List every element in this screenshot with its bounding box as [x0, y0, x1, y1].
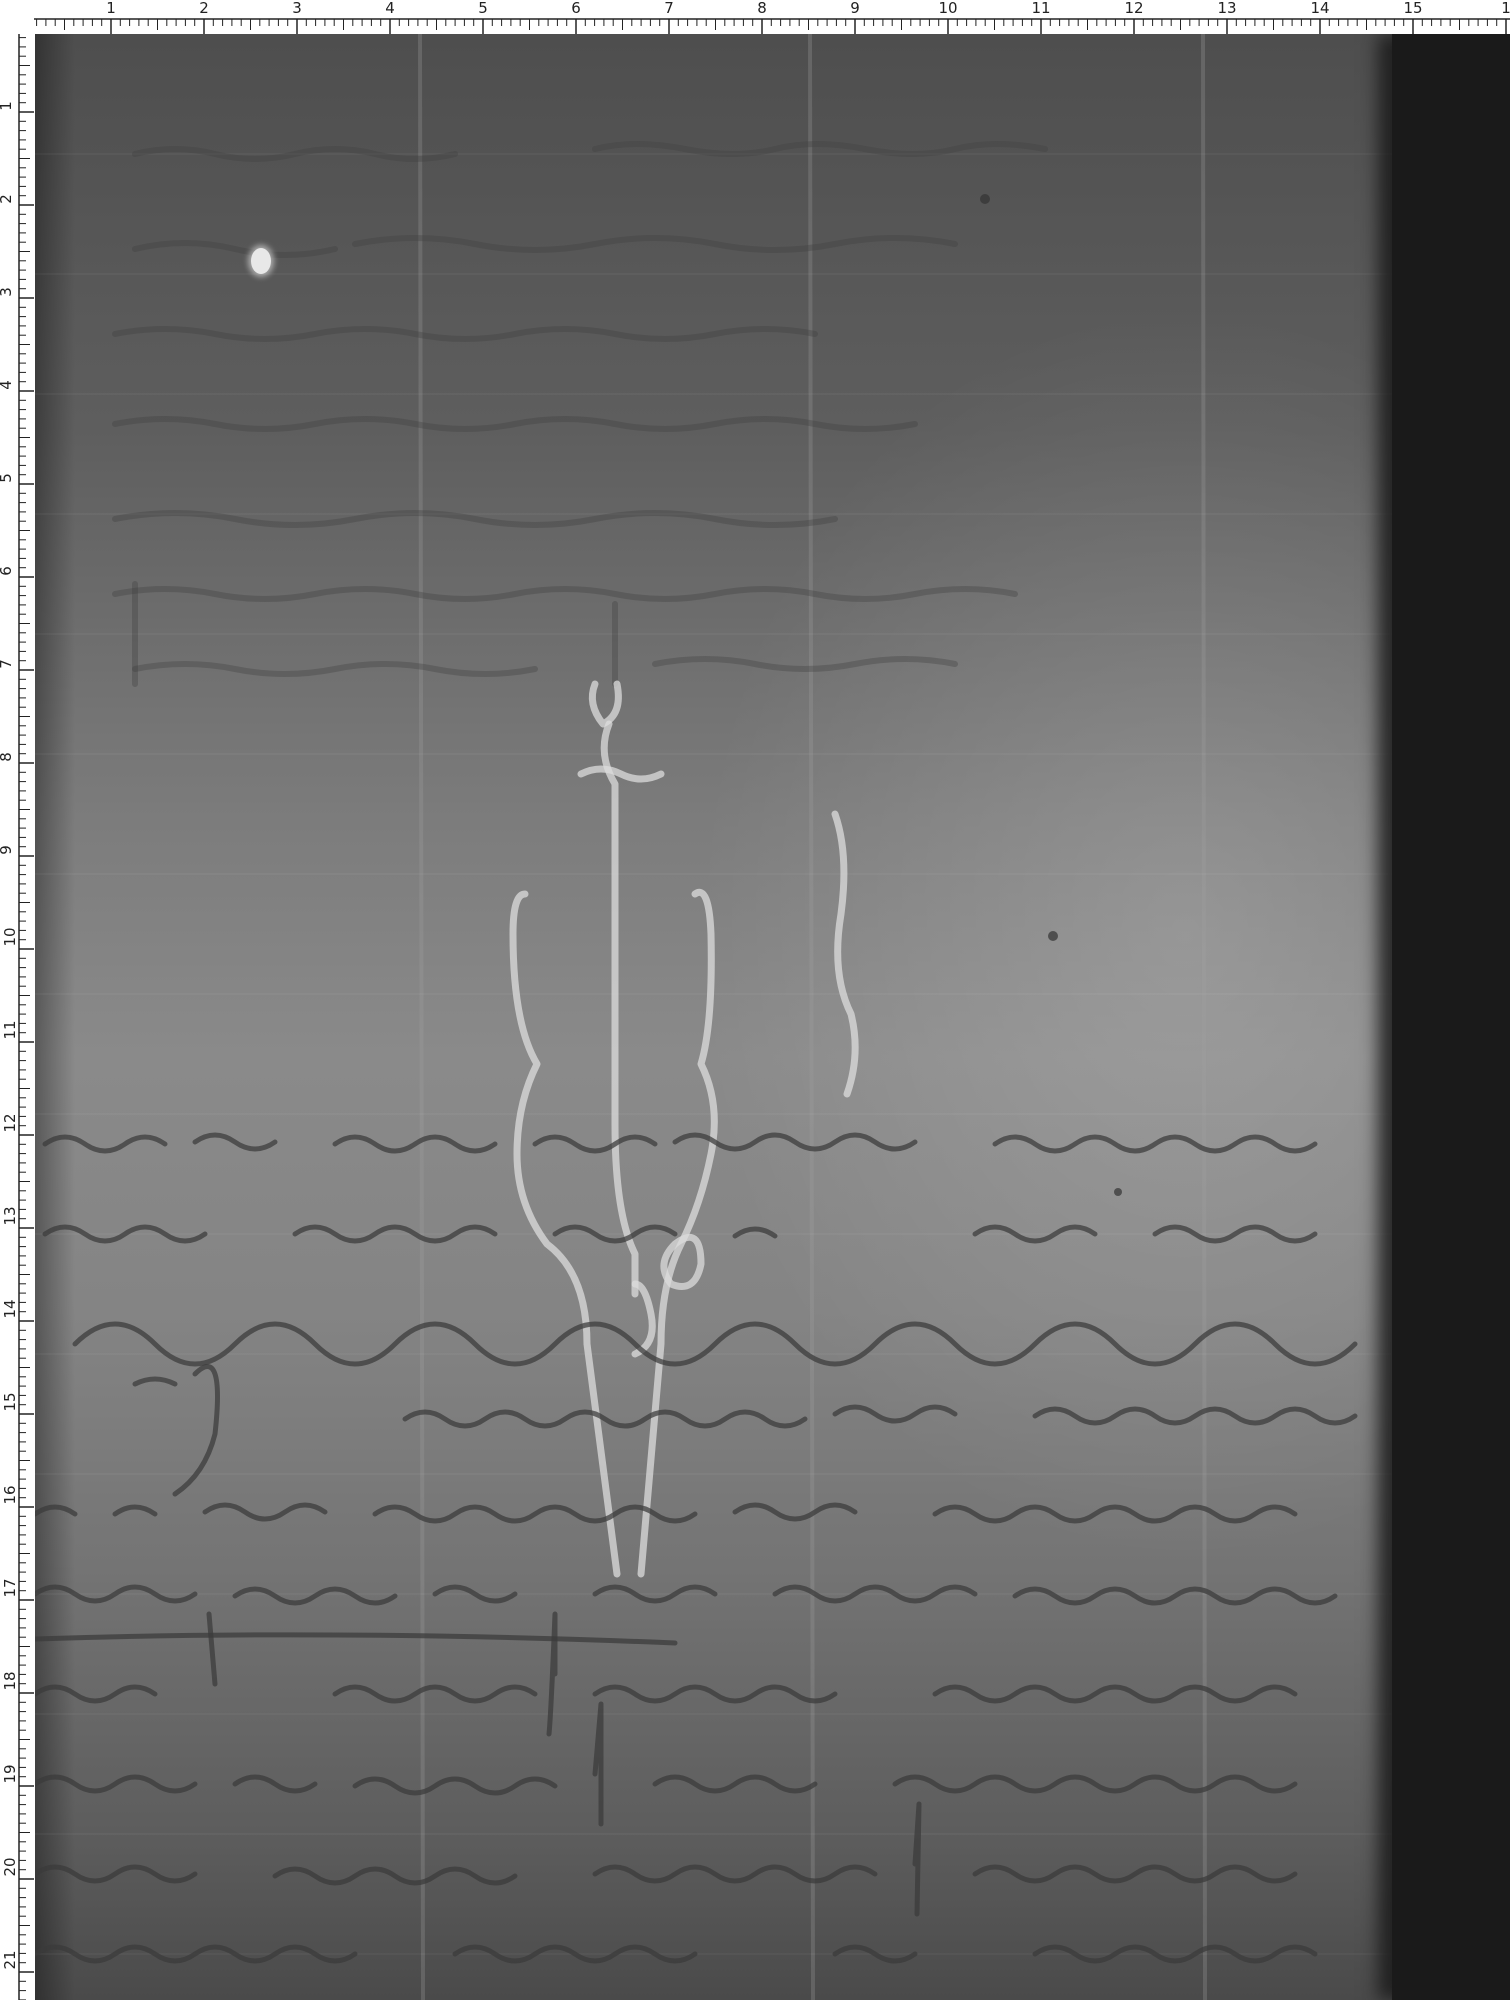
left-ruler-label: 10 [2, 927, 18, 947]
left-ruler: 0123456789101112131415161718192021 [0, 0, 34, 2000]
top-ruler-label: 2 [199, 0, 209, 16]
left-ruler-label: 7 [0, 658, 14, 670]
handwriting-lower [35, 1135, 1355, 1961]
top-ruler-label: 5 [478, 0, 488, 16]
left-ruler-label: 21 [2, 1950, 18, 1970]
bright-spot [251, 248, 271, 274]
left-ruler-label: 15 [2, 1392, 18, 1412]
left-ruler-label: 16 [2, 1485, 18, 1505]
top-ruler-label: 6 [571, 0, 581, 16]
top-ruler-label: 7 [664, 0, 674, 16]
left-ruler-label: 13 [2, 1206, 18, 1226]
left-ruler-label: 9 [0, 844, 14, 856]
top-ruler-label: 3 [292, 0, 302, 16]
left-ruler-label: 6 [0, 565, 14, 577]
left-ruler-label: 5 [0, 472, 14, 484]
top-ruler-label: 13 [1217, 0, 1236, 16]
top-ruler-label: 14 [1310, 0, 1329, 16]
left-ruler-ticks [0, 0, 34, 2000]
top-ruler-label: 12 [1124, 0, 1143, 16]
left-ruler-label: 20 [2, 1857, 18, 1877]
left-ruler-label: 4 [0, 379, 14, 391]
top-ruler-ticks [0, 0, 1510, 34]
left-ruler-label: 2 [0, 193, 14, 205]
top-ruler-label: 1 [1501, 0, 1510, 16]
left-ruler-label: 8 [0, 751, 14, 763]
left-ruler-label: 1 [0, 100, 14, 112]
top-ruler-label: 4 [385, 0, 395, 16]
top-ruler-label: 8 [757, 0, 767, 16]
top-ruler-label: 15 [1403, 0, 1422, 16]
top-ruler-label: 11 [1031, 0, 1050, 16]
faint-handwriting-upper [115, 144, 1045, 684]
left-ruler-label: 18 [2, 1671, 18, 1691]
top-ruler-label: 9 [850, 0, 860, 16]
left-ruler-label: 12 [2, 1113, 18, 1133]
top-ruler-label: 1 [106, 0, 116, 16]
scanned-document-image [35, 34, 1510, 2000]
watermark-fork [513, 684, 855, 1574]
left-ruler-label: 17 [2, 1578, 18, 1598]
left-ruler-label: 3 [0, 286, 14, 298]
left-ruler-label: 14 [2, 1299, 18, 1319]
ink-spots [980, 194, 1122, 1196]
left-ruler-label: 11 [2, 1020, 18, 1040]
top-ruler: 01234567891011121314151 [0, 0, 1510, 34]
ruler-corner [0, 0, 34, 34]
left-ruler-label: 19 [2, 1764, 18, 1784]
backdrop-edge [1392, 34, 1510, 2000]
top-ruler-label: 10 [938, 0, 957, 16]
scan-overlay [35, 34, 1510, 2000]
